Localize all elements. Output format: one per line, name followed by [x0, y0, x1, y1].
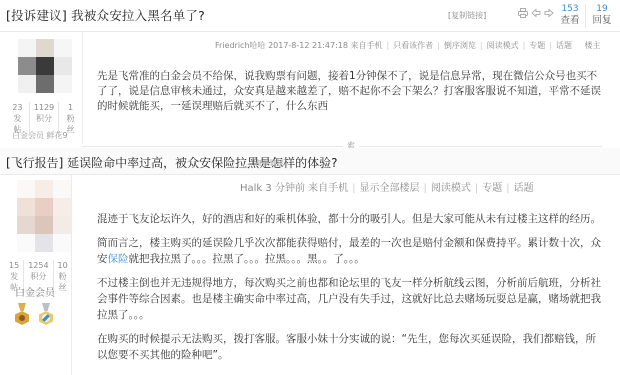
- views-stat: 153 查看: [559, 3, 581, 27]
- paragraph-text: 就把我拉黑了。。。拉黑了。。。拉黑。。。黑。。了。。。: [129, 253, 365, 265]
- post-2-author-sidebar: 15 发帖 1254 积分 10 粉丝 白金会员: [0, 175, 72, 375]
- post-source: 来自手机: [308, 183, 348, 194]
- post-time: 3 分钟前: [265, 183, 305, 194]
- stat-value: 15: [9, 260, 19, 271]
- action-subject[interactable]: 话题: [514, 183, 534, 194]
- post-timestamp: 2017-8-12 21:47:18: [268, 41, 348, 50]
- replies-label: 回复: [591, 15, 613, 27]
- next-thread-icon[interactable]: [544, 8, 554, 21]
- action-only-author[interactable]: 只看该作者: [393, 41, 433, 50]
- stat-value: 1254: [28, 260, 48, 271]
- post-2-content: 混迹于飞友论坛许久，好的酒店和好的乘机体验，都十分的吸引人。但是大家可能从未有过…: [97, 211, 602, 371]
- post-2: 15 发帖 1254 积分 10 粉丝 白金会员 Halk 3 分钟前 来自手机…: [0, 175, 620, 375]
- paragraph: 简而言之，楼主购买的延误险几乎次次都能获得赔付，最差的一次也是赔付金额和保费持平…: [97, 235, 602, 267]
- author-name[interactable]: Friedrich哈哈: [215, 41, 266, 50]
- action-reverse-order[interactable]: 倒序浏览: [444, 41, 476, 50]
- action-show-all-floors[interactable]: 显示全部楼层: [360, 183, 420, 194]
- insurance-link[interactable]: 保险: [108, 253, 129, 265]
- avatar[interactable]: [18, 39, 72, 93]
- thread-1-title: [投诉建议] 我被众安拉入黑名单了?: [6, 6, 205, 24]
- thread-divider: [82, 146, 602, 147]
- post-meta: Halk 3 分钟前 来自手机|显示全部楼层|阅读模式|专题|话题: [240, 179, 534, 194]
- stat-value: 23: [10, 102, 25, 113]
- avatar[interactable]: [17, 180, 71, 252]
- thread-1-header: [投诉建议] 我被众安拉入黑名单了? [复制链接] 153 查看 19 回复: [0, 0, 620, 31]
- copy-link-button[interactable]: [复制链接]: [253, 158, 286, 168]
- gold-medal-icon[interactable]: [14, 303, 30, 327]
- user-group: 白金会员: [15, 284, 55, 299]
- action-reading-mode[interactable]: 阅读模式: [487, 41, 519, 50]
- stat-value: 1: [63, 102, 78, 113]
- action-subject[interactable]: 话题: [556, 41, 572, 50]
- stat-label: 粉丝: [58, 271, 68, 293]
- copy-link-button[interactable]: [复制链接]: [448, 10, 486, 21]
- author-name[interactable]: Halk: [240, 183, 262, 194]
- paragraph: 不过楼主倒也并无违规得地方，每次购买之前也都和论坛里的飞友一样分析航线云图，分析…: [97, 275, 602, 323]
- paragraph: 在购买的时候提示无法购买，拨打客服。客服小妹十分实诚的说：“先生，您每次买延误险…: [97, 331, 602, 363]
- stat-label: 积分: [34, 113, 54, 124]
- thread-2-title: [飞行报告] 延误险命中率过高，被众安保险拉黑是怎样的体验?: [6, 154, 338, 171]
- action-topic[interactable]: 专题: [529, 41, 545, 50]
- stat-divider: [585, 4, 586, 28]
- user-group: 白金会员 鲜花9: [12, 130, 68, 141]
- views-label: 查看: [559, 15, 581, 27]
- stat-value: 10: [58, 260, 68, 271]
- post-source: 来自手机: [350, 41, 382, 50]
- replies-stat: 19 回复: [591, 3, 613, 27]
- medals: [14, 303, 54, 327]
- replies-count: 19: [591, 3, 613, 15]
- floor-label: 楼主: [585, 41, 601, 50]
- stat-value: 1129: [34, 102, 54, 113]
- post-meta: Friedrich哈哈 2017-8-12 21:47:18 来自手机|只看该作…: [215, 40, 601, 51]
- paragraph: 混迹于飞友论坛许久，好的酒店和好的乘机体验，都十分的吸引人。但是大家可能从未有过…: [97, 211, 602, 227]
- print-icon[interactable]: [518, 8, 528, 21]
- views-count: 153: [559, 3, 581, 15]
- action-reading-mode[interactable]: 阅读模式: [431, 183, 471, 194]
- thread-tools: [518, 8, 554, 21]
- post-1-author-sidebar: 23 发帖 1129 积分 1 粉丝 白金会员 鲜花9: [0, 32, 83, 144]
- post-1-content: 先是飞常准的白金会员不给保，说我购票有问题，接着1分钟保不了，说是信息异常，现在…: [97, 69, 607, 114]
- action-topic[interactable]: 专题: [482, 183, 502, 194]
- post-1: 23 发帖 1129 积分 1 粉丝 白金会员 鲜花9 Friedrich哈哈 …: [0, 31, 620, 143]
- stat-label: 积分: [28, 271, 48, 282]
- prev-thread-icon[interactable]: [531, 8, 541, 21]
- thread-2-header: [飞行报告] 延误险命中率过高，被众安保险拉黑是怎样的体验? [复制链接]: [0, 148, 620, 175]
- blue-medal-icon[interactable]: [38, 303, 54, 327]
- stat-fans[interactable]: 10 粉丝: [53, 260, 72, 293]
